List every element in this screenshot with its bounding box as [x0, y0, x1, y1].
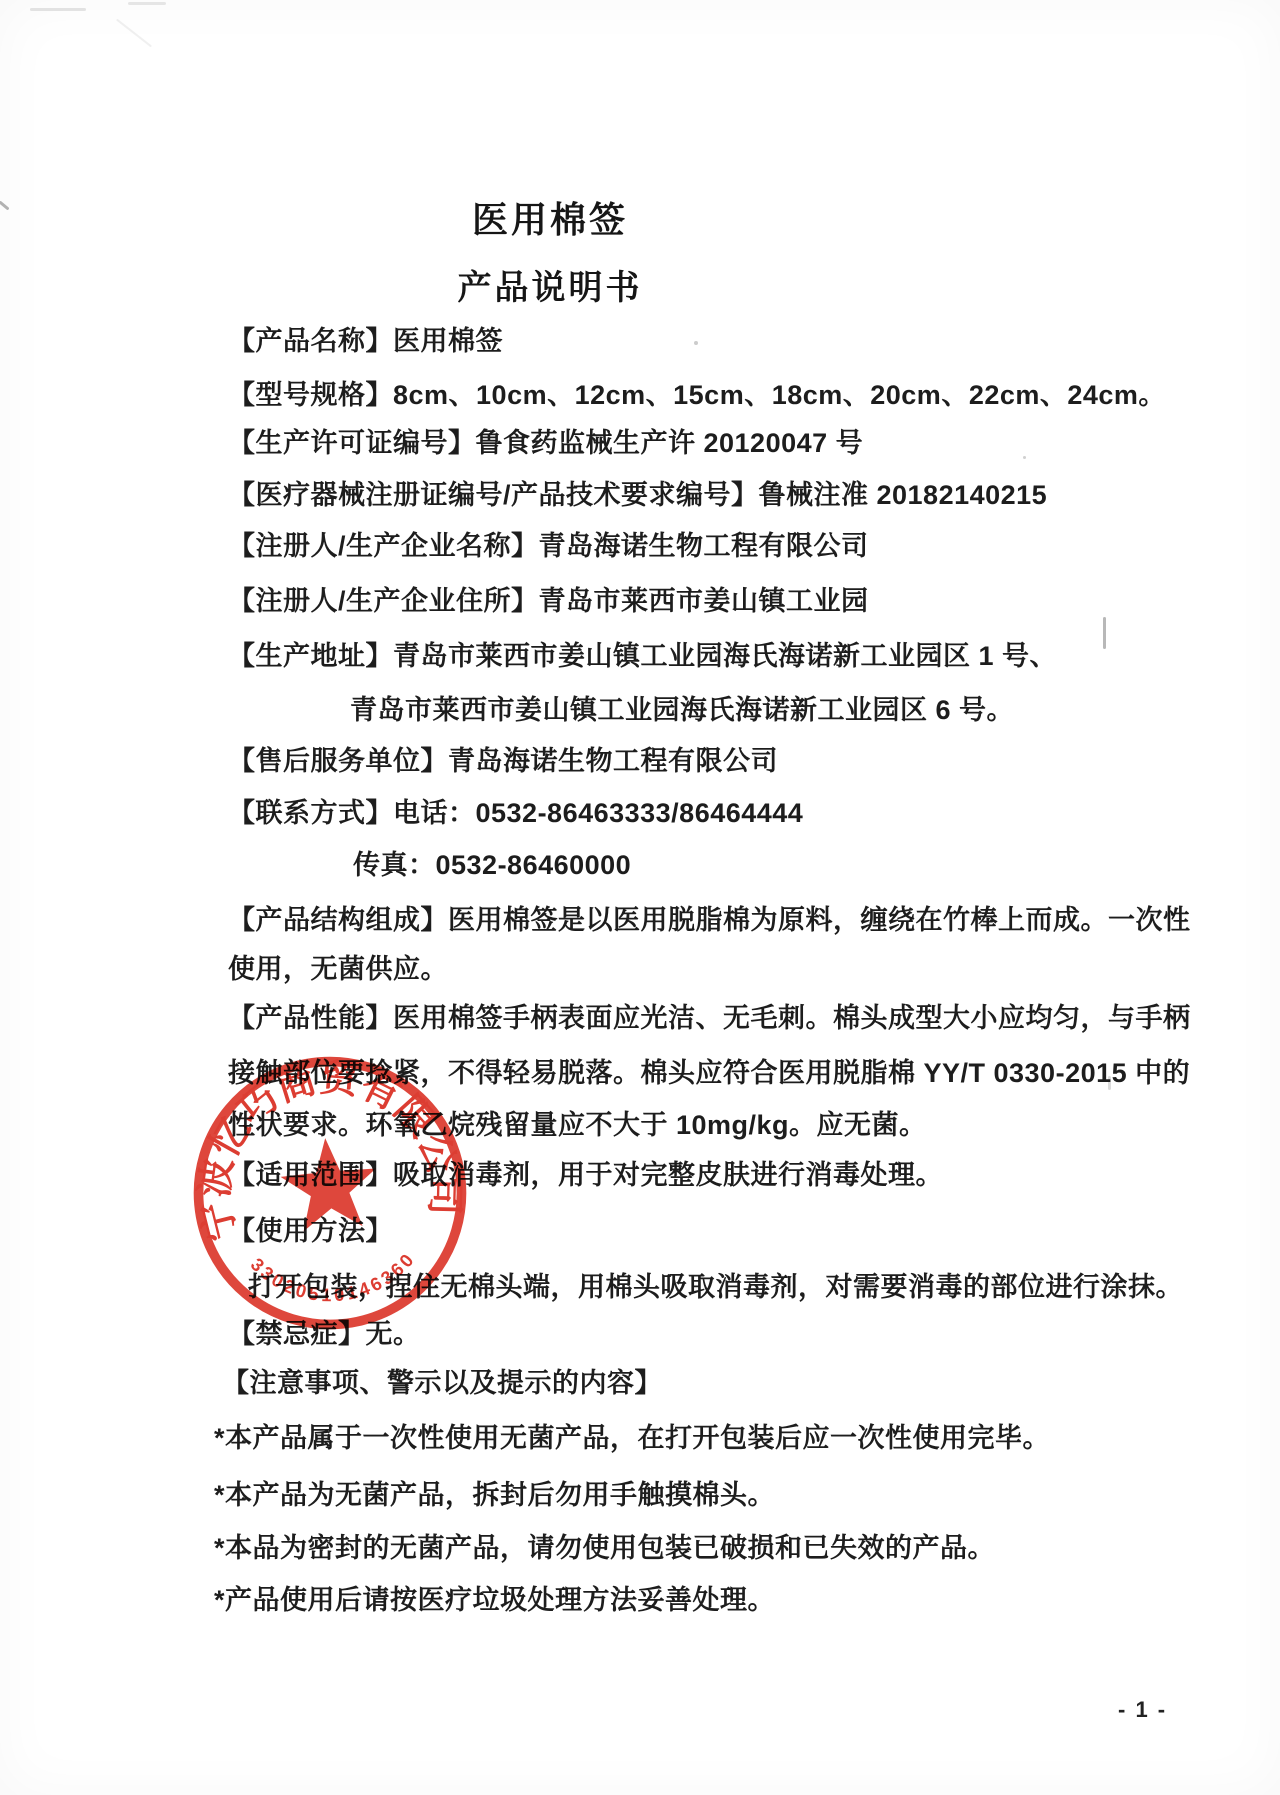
doc-line-model-spec: 【型号规格】8cm、10cm、12cm、15cm、18cm、20cm、22cm、…	[228, 373, 1166, 412]
doc-line-contraindication: 【禁忌症】无。	[228, 1312, 421, 1351]
page-number: - 1 -	[1118, 1697, 1167, 1723]
doc-line-scope-of-use: 【适用范围】吸取消毒剂，用于对完整皮肤进行消毒处理。	[228, 1153, 943, 1192]
doc-line-composition-1: 【产品结构组成】医用棉签是以医用脱脂棉为原料，缠绕在竹棒上而成。一次性	[228, 898, 1191, 937]
doc-line-precaution-2: *本产品为无菌产品，拆封后勿用手触摸棉头。	[214, 1473, 775, 1512]
doc-line-performance-1: 【产品性能】医用棉签手柄表面应光洁、无毛刺。棉头成型大小应均匀，与手柄	[228, 996, 1191, 1035]
doc-line-usage-heading: 【使用方法】	[228, 1209, 393, 1248]
doc-line-after-sales-unit: 【售后服务单位】青岛海诺生物工程有限公司	[228, 739, 778, 778]
doc-line-composition-2: 使用，无菌供应。	[228, 947, 448, 986]
doc-line-precaution-4: *产品使用后请按医疗垃圾处理方法妥善处理。	[214, 1578, 775, 1617]
doc-line-contact-phone: 【联系方式】电话：0532-86463333/86464444	[228, 791, 803, 830]
doc-line-precaution-3: *本品为密封的无菌产品，请勿使用包装已破损和已失效的产品。	[214, 1526, 995, 1565]
doc-line-precautions-heading: 【注意事项、警示以及提示的内容】	[222, 1361, 662, 1400]
scan-artifact	[694, 341, 698, 345]
doc-line-precaution-1: *本产品属于一次性使用无菌产品，在打开包装后应一次性使用完毕。	[214, 1416, 1050, 1455]
doc-line-contact-fax: 传真：0532-86460000	[353, 843, 631, 882]
scan-artifact	[116, 19, 152, 48]
scan-artifact	[30, 8, 86, 11]
doc-line-registrant-address: 【注册人/生产企业住所】青岛市莱西市姜山镇工业园	[228, 579, 869, 618]
scan-artifact	[1103, 617, 1106, 649]
doc-line-registrant-name: 【注册人/生产企业名称】青岛海诺生物工程有限公司	[228, 524, 869, 563]
scan-artifact	[1023, 456, 1026, 459]
doc-line-performance-3: 性状要求。环氧乙烷残留量应不大于 10mg/kg。应无菌。	[228, 1103, 927, 1142]
scan-artifact	[128, 2, 166, 5]
doc-line-product-name: 【产品名称】医用棉签	[228, 319, 503, 358]
page-subtitle: 产品说明书	[0, 260, 1100, 309]
document-page: 医用棉签 产品说明书 【产品名称】医用棉签 【型号规格】8cm、10cm、12c…	[0, 0, 1280, 1795]
doc-line-registration-no: 【医疗器械注册证编号/产品技术要求编号】鲁械注准 20182140215	[228, 473, 1047, 512]
doc-line-production-license: 【生产许可证编号】鲁食药监械生产许 20120047 号	[228, 421, 863, 460]
doc-line-production-address-1: 【生产地址】青岛市莱西市姜山镇工业园海氏海诺新工业园区 1 号、	[228, 634, 1057, 673]
doc-line-production-address-2: 青岛市莱西市姜山镇工业园海氏海诺新工业园区 6 号。	[350, 688, 1014, 727]
doc-line-usage-body: 打开包装，捏住无棉头端，用棉头吸取消毒剂，对需要消毒的部位进行涂抹。	[248, 1265, 1183, 1304]
doc-line-performance-2: 接触部位要捻紧，不得轻易脱落。棉头应符合医用脱脂棉 YY/T 0330-2015…	[228, 1051, 1190, 1090]
page-title: 医用棉签	[0, 192, 1100, 243]
